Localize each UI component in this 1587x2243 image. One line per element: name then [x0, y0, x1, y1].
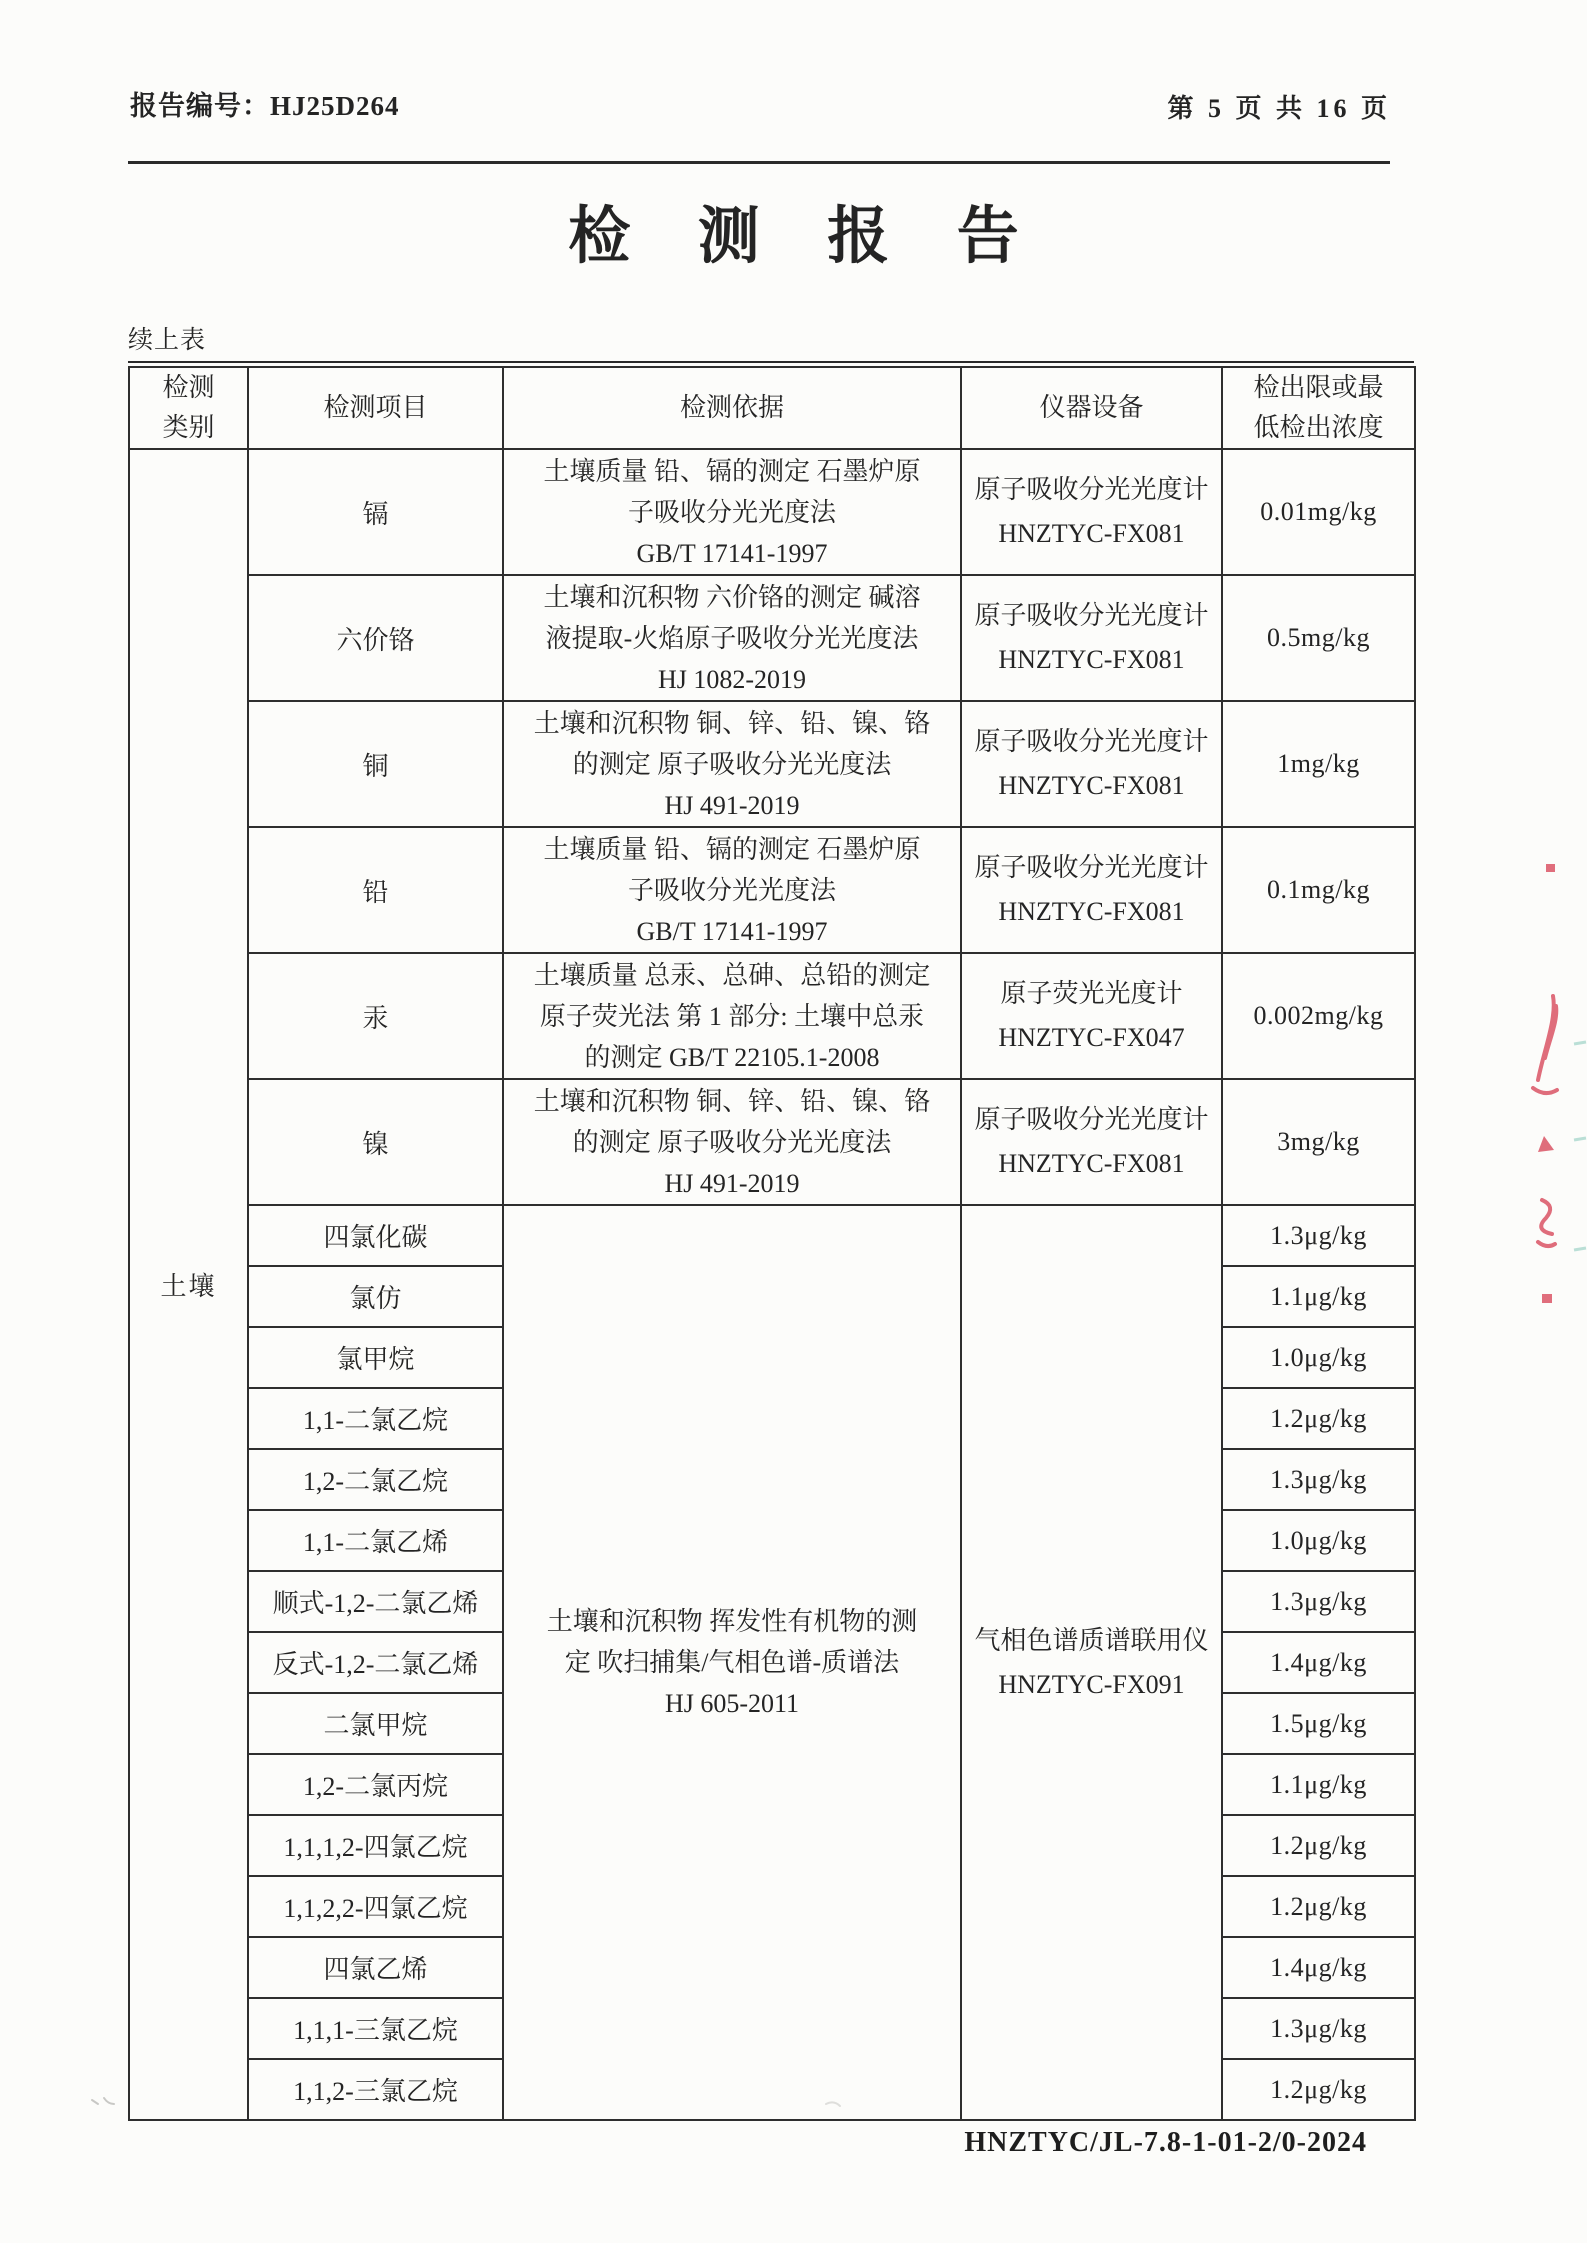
test-basis-cell-line: 的测定 原子吸收分光光度法 — [510, 744, 954, 785]
test-basis-cell-line: 土壤和沉积物 铜、锌、铅、镍、铬 — [510, 1081, 954, 1122]
table-top-rule — [128, 361, 1414, 363]
test-basis-cell-line: HJ 491-2019 — [510, 785, 954, 826]
test-basis-cell: 土壤质量 铅、镉的测定 石墨炉原子吸收分光光度法GB/T 17141-1997 — [503, 827, 961, 953]
instrument-cell-line: HNZTYC-FX081 — [968, 890, 1215, 934]
column-header-label: 检测类别 — [160, 368, 217, 448]
pencil-marks — [88, 2090, 148, 2114]
detection-limit-cell: 1.3μg/kg — [1222, 1571, 1415, 1632]
footer-document-code: HNZTYC/JL-7.8-1-01-2/0-2024 — [964, 2127, 1367, 2159]
detection-limit-cell: 3mg/kg — [1222, 1079, 1415, 1205]
test-item-cell: 氯甲烷 — [248, 1327, 503, 1388]
test-basis-cell-line: 原子荧光法 第 1 部分: 土壤中总汞 — [510, 996, 954, 1037]
test-item-cell: 1,2-二氯丙烷 — [248, 1754, 503, 1815]
table-row: 铜土壤和沉积物 铜、锌、铅、镍、铬的测定 原子吸收分光光度法HJ 491-201… — [129, 701, 1415, 827]
column-header-limit: 检出限或最低检出浓度 — [1222, 367, 1415, 449]
test-item-cell: 铅 — [248, 827, 503, 953]
test-basis-cell-line: 定 吹扫捕集/气相色谱-质谱法 — [510, 1642, 954, 1683]
test-item-cell: 顺式-1,2-二氯乙烯 — [248, 1571, 503, 1632]
detection-limit-cell: 1.2μg/kg — [1222, 2059, 1415, 2120]
test-item-cell: 反式-1,2-二氯乙烯 — [248, 1632, 503, 1693]
test-item-cell: 1,1,1,2-四氯乙烷 — [248, 1815, 503, 1876]
test-item-cell: 1,1,2,2-四氯乙烷 — [248, 1876, 503, 1937]
test-item-cell: 1,1-二氯乙烷 — [248, 1388, 503, 1449]
test-basis-cell: 土壤和沉积物 六价铬的测定 碱溶液提取-火焰原子吸收分光光度法HJ 1082-2… — [503, 575, 961, 701]
detection-limit-cell: 0.002mg/kg — [1222, 953, 1415, 1079]
detection-limit-cell: 1.3μg/kg — [1222, 1205, 1415, 1266]
detection-limit-cell: 1.3μg/kg — [1222, 1998, 1415, 2059]
test-basis-cell-line: 液提取-火焰原子吸收分光光度法 — [510, 618, 954, 659]
category-cell: 土壤 — [129, 449, 248, 2120]
report-number: 报告编号：HJ25D264 — [130, 84, 400, 123]
test-item-cell: 1,2-二氯乙烷 — [248, 1449, 503, 1510]
instrument-cell: 原子荧光光度计HNZTYC-FX047 — [961, 953, 1222, 1079]
test-item-cell: 镍 — [248, 1079, 503, 1205]
detection-limit-cell: 1.1μg/kg — [1222, 1266, 1415, 1327]
column-header-instrument: 仪器设备 — [961, 367, 1222, 449]
column-header-item: 检测项目 — [248, 367, 503, 449]
instrument-cell: 原子吸收分光光度计HNZTYC-FX081 — [961, 449, 1222, 575]
test-basis-cell-line: 子吸收分光光度法 — [510, 492, 954, 533]
test-basis-cell-line: 土壤和沉积物 铜、锌、铅、镍、铬 — [510, 703, 954, 744]
instrument-cell-line: 原子吸收分光光度计 — [968, 594, 1215, 638]
test-basis-cell-line: HJ 1082-2019 — [510, 659, 954, 700]
detection-limit-cell: 1.5μg/kg — [1222, 1693, 1415, 1754]
test-basis-cell-line: 土壤和沉积物 六价铬的测定 碱溶 — [510, 577, 954, 618]
test-item-cell: 1,1,2-三氯乙烷 — [248, 2059, 503, 2120]
test-basis-cell-line: 土壤质量 总汞、总砷、总铅的测定 — [510, 955, 954, 996]
detection-limit-cell: 1.3μg/kg — [1222, 1449, 1415, 1510]
header-divider-line — [128, 161, 1390, 164]
instrument-cell-line: HNZTYC-FX081 — [968, 638, 1215, 682]
continuation-note: 续上表 — [128, 320, 206, 356]
report-number-label: 报告编号： — [130, 91, 270, 121]
test-basis-cell-line: 子吸收分光光度法 — [510, 870, 954, 911]
instrument-cell: 原子吸收分光光度计HNZTYC-FX081 — [961, 1079, 1222, 1205]
test-basis-cell-line: 土壤质量 铅、镉的测定 石墨炉原 — [510, 451, 954, 492]
table-row: 镍土壤和沉积物 铜、锌、铅、镍、铬的测定 原子吸收分光光度法HJ 491-201… — [129, 1079, 1415, 1205]
test-item-cell: 四氯化碳 — [248, 1205, 503, 1266]
test-basis-cell-line: 的测定 原子吸收分光光度法 — [510, 1122, 954, 1163]
test-item-cell: 1,1,1-三氯乙烷 — [248, 1998, 503, 2059]
detection-limit-cell: 1.1μg/kg — [1222, 1754, 1415, 1815]
page-indicator: 第 5 页 共 16 页 — [1167, 88, 1391, 125]
test-item-cell: 四氯乙烯 — [248, 1937, 503, 1998]
instrument-cell: 原子吸收分光光度计HNZTYC-FX081 — [961, 575, 1222, 701]
detection-limit-cell: 1.4μg/kg — [1222, 1632, 1415, 1693]
test-item-cell: 铜 — [248, 701, 503, 827]
red-stamp-marks — [1498, 848, 1587, 1328]
test-item-cell: 二氯甲烷 — [248, 1693, 503, 1754]
detection-limit-cell: 1.2μg/kg — [1222, 1815, 1415, 1876]
test-basis-cell: 土壤质量 铅、镉的测定 石墨炉原子吸收分光光度法GB/T 17141-1997 — [503, 449, 961, 575]
inspection-table: 检测类别 检测项目 检测依据 仪器设备 检出限或最低检出浓度 土壤镉土壤质量 铅… — [128, 366, 1416, 2121]
test-basis-cell-line: GB/T 17141-1997 — [510, 533, 954, 574]
instrument-cell-line: 原子吸收分光光度计 — [968, 468, 1215, 512]
test-item-cell: 镉 — [248, 449, 503, 575]
table-row: 六价铬土壤和沉积物 六价铬的测定 碱溶液提取-火焰原子吸收分光光度法HJ 108… — [129, 575, 1415, 701]
instrument-cell: 气相色谱质谱联用仪HNZTYC-FX091 — [961, 1205, 1222, 2120]
test-item-cell: 六价铬 — [248, 575, 503, 701]
instrument-cell-line: HNZTYC-FX081 — [968, 764, 1215, 808]
instrument-cell-line: 原子吸收分光光度计 — [968, 1098, 1215, 1142]
table-row: 土壤镉土壤质量 铅、镉的测定 石墨炉原子吸收分光光度法GB/T 17141-19… — [129, 449, 1415, 575]
detection-limit-cell: 0.1mg/kg — [1222, 827, 1415, 953]
detection-limit-cell: 1mg/kg — [1222, 701, 1415, 827]
test-basis-cell: 土壤和沉积物 铜、锌、铅、镍、铬的测定 原子吸收分光光度法HJ 491-2019 — [503, 701, 961, 827]
column-header-category: 检测类别 — [129, 367, 248, 449]
detection-limit-cell: 0.01mg/kg — [1222, 449, 1415, 575]
instrument-cell: 原子吸收分光光度计HNZTYC-FX081 — [961, 701, 1222, 827]
table-row: 铅土壤质量 铅、镉的测定 石墨炉原子吸收分光光度法GB/T 17141-1997… — [129, 827, 1415, 953]
report-number-value: HJ25D264 — [270, 91, 400, 121]
document-title: 检 测 报 告 — [0, 186, 1587, 275]
instrument-cell-line: 原子荧光光度计 — [968, 972, 1215, 1016]
test-basis-cell-line: HJ 605-2011 — [510, 1683, 954, 1724]
detection-limit-cell: 1.2μg/kg — [1222, 1876, 1415, 1937]
test-basis-cell-line: GB/T 17141-1997 — [510, 911, 954, 952]
instrument-cell-line: HNZTYC-FX091 — [968, 1663, 1215, 1707]
table-header-row: 检测类别 检测项目 检测依据 仪器设备 检出限或最低检出浓度 — [129, 367, 1415, 449]
instrument-cell-line: 原子吸收分光光度计 — [968, 846, 1215, 890]
pencil-mark-2 — [820, 2094, 860, 2112]
test-basis-cell: 土壤和沉积物 挥发性有机物的测定 吹扫捕集/气相色谱-质谱法HJ 605-201… — [503, 1205, 961, 2120]
detection-limit-cell: 1.0μg/kg — [1222, 1327, 1415, 1388]
test-basis-cell-line: HJ 491-2019 — [510, 1163, 954, 1204]
test-basis-cell-line: 的测定 GB/T 22105.1-2008 — [510, 1037, 954, 1078]
table-row: 汞土壤质量 总汞、总砷、总铅的测定原子荧光法 第 1 部分: 土壤中总汞的测定 … — [129, 953, 1415, 1079]
test-item-cell: 汞 — [248, 953, 503, 1079]
detection-limit-cell: 0.5mg/kg — [1222, 575, 1415, 701]
test-item-cell: 氯仿 — [248, 1266, 503, 1327]
test-basis-cell-line: 土壤和沉积物 挥发性有机物的测 — [510, 1601, 954, 1642]
column-header-label: 检出限或最低检出浓度 — [1250, 368, 1388, 448]
test-basis-cell: 土壤和沉积物 铜、锌、铅、镍、铬的测定 原子吸收分光光度法HJ 491-2019 — [503, 1079, 961, 1205]
test-basis-cell-line: 土壤质量 铅、镉的测定 石墨炉原 — [510, 829, 954, 870]
instrument-cell-line: 原子吸收分光光度计 — [968, 720, 1215, 764]
detection-limit-cell: 1.0μg/kg — [1222, 1510, 1415, 1571]
instrument-cell-line: HNZTYC-FX047 — [968, 1016, 1215, 1060]
detection-limit-cell: 1.4μg/kg — [1222, 1937, 1415, 1998]
instrument-cell-line: HNZTYC-FX081 — [968, 1142, 1215, 1186]
detection-limit-cell: 1.2μg/kg — [1222, 1388, 1415, 1449]
test-item-cell: 1,1-二氯乙烯 — [248, 1510, 503, 1571]
column-header-basis: 检测依据 — [503, 367, 961, 449]
instrument-cell: 原子吸收分光光度计HNZTYC-FX081 — [961, 827, 1222, 953]
instrument-cell-line: 气相色谱质谱联用仪 — [968, 1619, 1215, 1663]
test-basis-cell: 土壤质量 总汞、总砷、总铅的测定原子荧光法 第 1 部分: 土壤中总汞的测定 G… — [503, 953, 961, 1079]
instrument-cell-line: HNZTYC-FX081 — [968, 512, 1215, 556]
table-row: 四氯化碳土壤和沉积物 挥发性有机物的测定 吹扫捕集/气相色谱-质谱法HJ 605… — [129, 1205, 1415, 1266]
